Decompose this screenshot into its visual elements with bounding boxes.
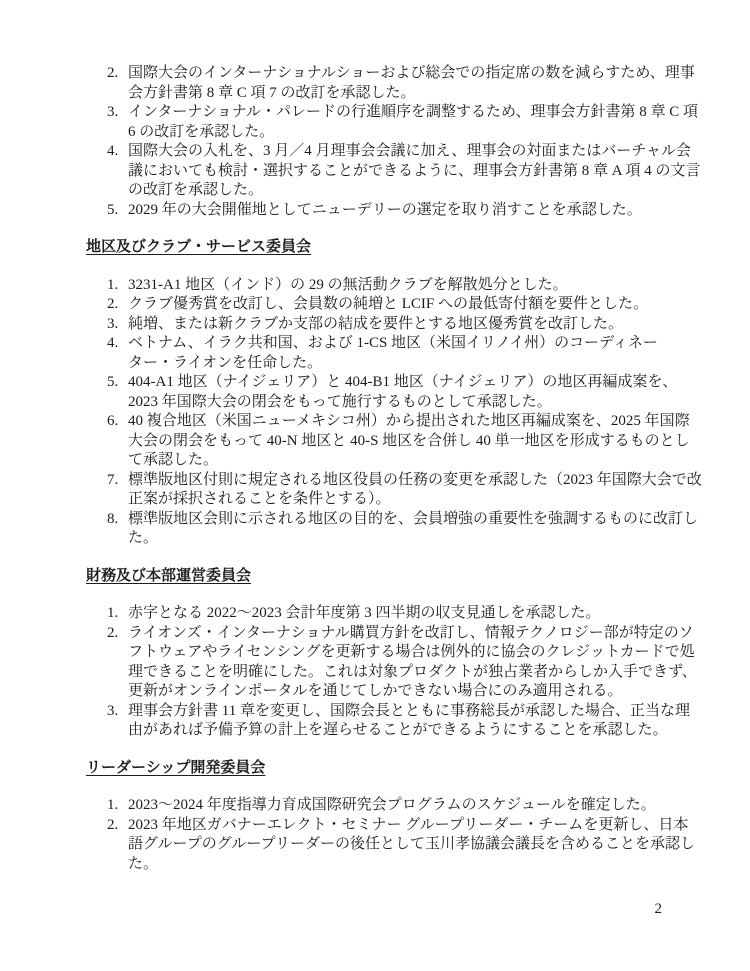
- list-item: 国際大会のインターナショナルショーおよび総会での指定席の数を減らすため、理事会方…: [86, 64, 702, 103]
- list-item: 標準版地区付則に規定される地区役員の任務の変更を承認した（2023 年国際大会で…: [86, 471, 702, 510]
- list-item: 2023 年地区ガバナーエレクト・セミナー グループリーダー・チームを更新し、日…: [86, 816, 702, 875]
- district-club-service-list: 3231-A1 地区（インド）の 29 の無活動クラブを解散処分とした。 クラブ…: [86, 276, 702, 549]
- list-item: 赤字となる 2022～2023 会計年度第 3 四半期の収支見通しを承認した。: [86, 604, 702, 624]
- list-item: 理事会方針書 11 章を変更し、国際会長とともに事務総長が承認した場合、正当な理…: [86, 702, 702, 741]
- list-item: クラブ優秀賞を改訂し、会員数の純増と LCIF への最低寄付額を要件とした。: [86, 295, 702, 315]
- list-item: ベトナム、イラク共和国、および 1-CS 地区（米国イリノイ州）のコーディネータ…: [86, 334, 702, 373]
- section-heading-leadership-development-committee: リーダーシップ開発委員会: [86, 759, 702, 779]
- list-item: 2029 年の大会開催地としてニューデリーの選定を取り消すことを承認した。: [86, 201, 702, 221]
- list-item: 標準版地区会則に示される地区の目的を、会員増強の重要性を強調するものに改訂した。: [86, 510, 702, 549]
- page-number: 2: [655, 900, 663, 920]
- finance-headquarters-list: 赤字となる 2022～2023 会計年度第 3 四半期の収支見通しを承認した。 …: [86, 604, 702, 741]
- section-heading-district-club-service-committee: 地区及びクラブ・サービス委員会: [86, 238, 702, 258]
- document-page: 国際大会のインターナショナルショーおよび総会での指定席の数を減らすため、理事会方…: [0, 0, 750, 971]
- list-item: ライオンズ・インターナショナル購買方針を改訂し、情報テクノロジー部が特定のソフト…: [86, 624, 702, 702]
- list-item: 2023～2024 年度指導力育成国際研究会プログラムのスケジュールを確定した。: [86, 796, 702, 816]
- document-content: 国際大会のインターナショナルショーおよび総会での指定席の数を減らすため、理事会方…: [86, 64, 702, 874]
- list-item: 40 複合地区（米国ニューメキシコ州）から提出された地区再編成案を、2025 年…: [86, 412, 702, 471]
- section-heading-finance-headquarters-operation-committee: 財務及び本部運営委員会: [86, 567, 702, 587]
- leadership-development-list: 2023～2024 年度指導力育成国際研究会プログラムのスケジュールを確定した。…: [86, 796, 702, 874]
- list-item: 純増、または新クラブか支部の結成を要件とする地区優秀賞を改訂した。: [86, 315, 702, 335]
- list-item: インターナショナル・パレードの行進順序を調整するため、理事会方針書第 8 章 C…: [86, 103, 702, 142]
- list-item: 3231-A1 地区（インド）の 29 の無活動クラブを解散処分とした。: [86, 276, 702, 296]
- board-actions-continued-list: 国際大会のインターナショナルショーおよび総会での指定席の数を減らすため、理事会方…: [86, 64, 702, 220]
- list-item: 404-A1 地区（ナイジェリア）と 404-B1 地区（ナイジェリア）の地区再…: [86, 373, 702, 412]
- list-item: 国際大会の入札を、3 月／4 月理事会会議に加え、理事会の対面またはバーチャル会…: [86, 142, 702, 201]
